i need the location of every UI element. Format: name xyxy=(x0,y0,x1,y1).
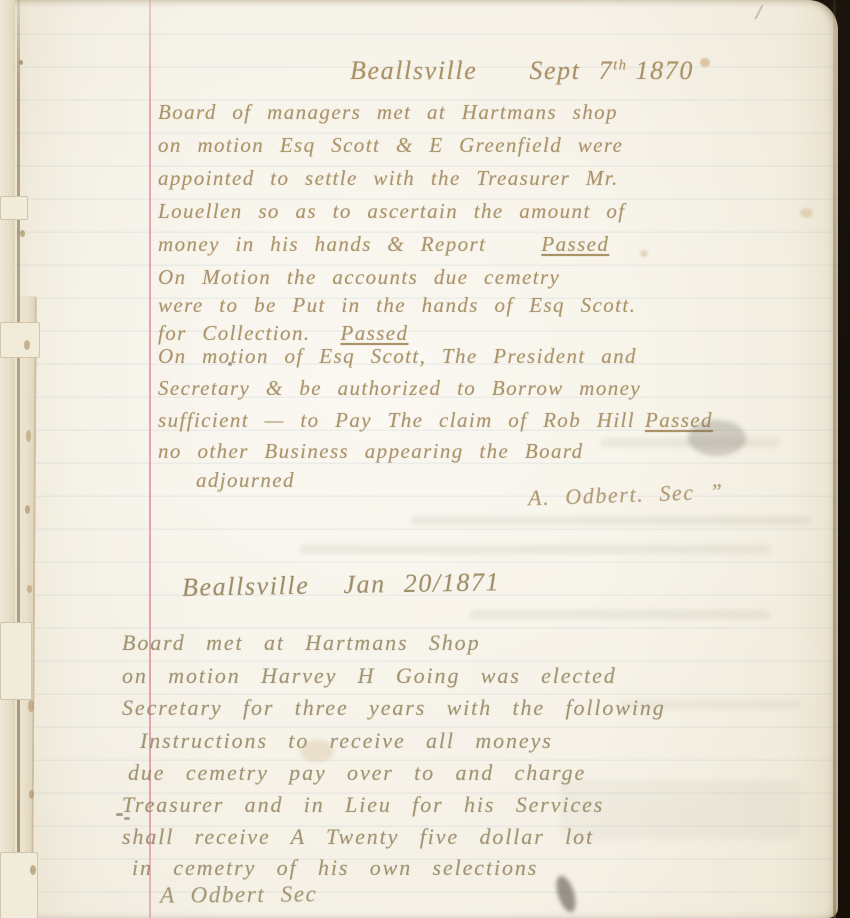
manuscript-line: money in his hands & ReportPassed xyxy=(158,232,609,257)
entry-place: Beallsville xyxy=(182,571,310,602)
entry-heading: BeallsvilleSept 7th1870 xyxy=(350,56,694,86)
entry-place: Beallsville xyxy=(350,56,477,85)
manuscript-line: Board of managers met at Hartmans shop xyxy=(158,100,618,125)
binding-stain xyxy=(24,340,30,350)
manuscript-line: were to be Put in the hands of Esq Scott… xyxy=(158,293,636,318)
page-edge xyxy=(833,0,836,918)
manuscript-line: Instructions to receive all moneys xyxy=(140,728,553,754)
ledger-page: BeallsvilleSept 7th1870 Board of manager… xyxy=(0,0,838,918)
book-gutter xyxy=(0,0,15,918)
binding-stain xyxy=(27,585,32,593)
passed-annotation: Passed xyxy=(341,321,409,345)
binding-stain xyxy=(28,700,34,712)
foxing-spot xyxy=(228,362,232,366)
secretary-signature: A Odbert Sec xyxy=(160,881,318,908)
passed-annotation: Passed xyxy=(541,232,609,256)
manuscript-line: Treasurer and in Lieu for his Services xyxy=(122,792,604,818)
entry-date: Jan 20/1871 xyxy=(343,567,508,599)
page-edge-tab xyxy=(0,196,28,220)
foxing-spot xyxy=(640,250,648,257)
ink-bleedthrough xyxy=(410,516,810,525)
foxing-spot xyxy=(800,208,813,218)
manuscript-line: adjourned xyxy=(196,468,295,493)
page-edge-tab xyxy=(0,622,32,700)
manuscript-line: sufficient — to Pay The claim of Rob Hil… xyxy=(158,408,713,433)
binding-stain xyxy=(26,430,31,442)
entry-date: Sept 7th1870 xyxy=(529,56,694,85)
manuscript-line: Secretary for three years with the follo… xyxy=(122,695,666,721)
ink-bleedthrough xyxy=(620,700,800,709)
manuscript-line: in cemetry of his own selections xyxy=(132,855,538,881)
ink-bleedthrough xyxy=(560,780,800,840)
binding-stain xyxy=(20,230,25,237)
ink-bleedthrough xyxy=(300,545,770,554)
foxing-spot xyxy=(700,58,710,67)
foxing-spot xyxy=(300,740,334,762)
manuscript-line: appointed to settle with the Treasurer M… xyxy=(158,166,619,191)
binding-stain xyxy=(29,790,34,799)
manuscript-line: no other Business appearing the Board xyxy=(158,439,584,464)
manuscript-line: On Motion the accounts due cemetry xyxy=(158,265,560,290)
manuscript-line: for Collection.Passed xyxy=(158,321,408,346)
binding-stain xyxy=(19,60,23,65)
manuscript-line: on motion Esq Scott & E Greenfield were xyxy=(158,133,623,158)
manuscript-line: Secretary & be authorized to Borrow mone… xyxy=(158,376,641,401)
manuscript-line: Board met at Hartmans Shop xyxy=(122,630,480,656)
ink-smudge xyxy=(688,420,746,456)
pen-mark xyxy=(116,813,123,816)
binding-stain xyxy=(30,865,36,875)
manuscript-line: on motion Harvey H Going was elected xyxy=(122,663,617,689)
entry-heading: BeallsvilleJan 20/1871 xyxy=(182,567,509,603)
manuscript-line: due cemetry pay over to and charge xyxy=(128,760,586,786)
ink-bleedthrough xyxy=(470,610,770,619)
binding-stain xyxy=(25,505,30,514)
page-edge-tab xyxy=(0,852,38,918)
scanned-ledger-page: BeallsvilleSept 7th1870 Board of manager… xyxy=(0,0,850,918)
gutter-seam xyxy=(17,0,20,918)
manuscript-line: Louellen so as to ascertain the amount o… xyxy=(158,199,625,224)
pen-mark xyxy=(124,817,130,820)
page-edge-tab xyxy=(0,322,40,358)
manuscript-line: shall receive A Twenty five dollar lot xyxy=(122,824,594,850)
